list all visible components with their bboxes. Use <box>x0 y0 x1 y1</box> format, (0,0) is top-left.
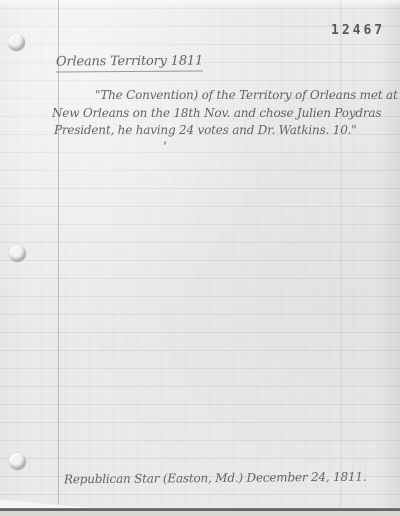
margin-line <box>58 0 59 510</box>
note-body-line: "The Convention) of the Territory of Orl… <box>95 87 398 103</box>
note-citation: Republican Star (Easton, Md.) December 2… <box>64 469 367 488</box>
hole-punch-bottom <box>9 453 26 470</box>
hole-punch-middle <box>9 245 26 262</box>
scanned-document: 12467 Orleans Territory 1811 "The Conven… <box>0 0 400 516</box>
note-body-line: President, he having 24 votes and Dr. Wa… <box>54 122 357 138</box>
paper-sheet: 12467 Orleans Territory 1811 "The Conven… <box>0 0 400 510</box>
page-number-stamp: 12467 <box>331 23 385 38</box>
pencil-speck <box>163 141 166 145</box>
note-body-line: New Orleans on the 18th Nov. and chose J… <box>52 105 381 121</box>
scanner-background <box>0 511 400 516</box>
note-heading: Orleans Territory 1811 <box>56 53 203 72</box>
grid-accent-line <box>340 0 341 510</box>
hole-punch-top <box>8 34 25 51</box>
